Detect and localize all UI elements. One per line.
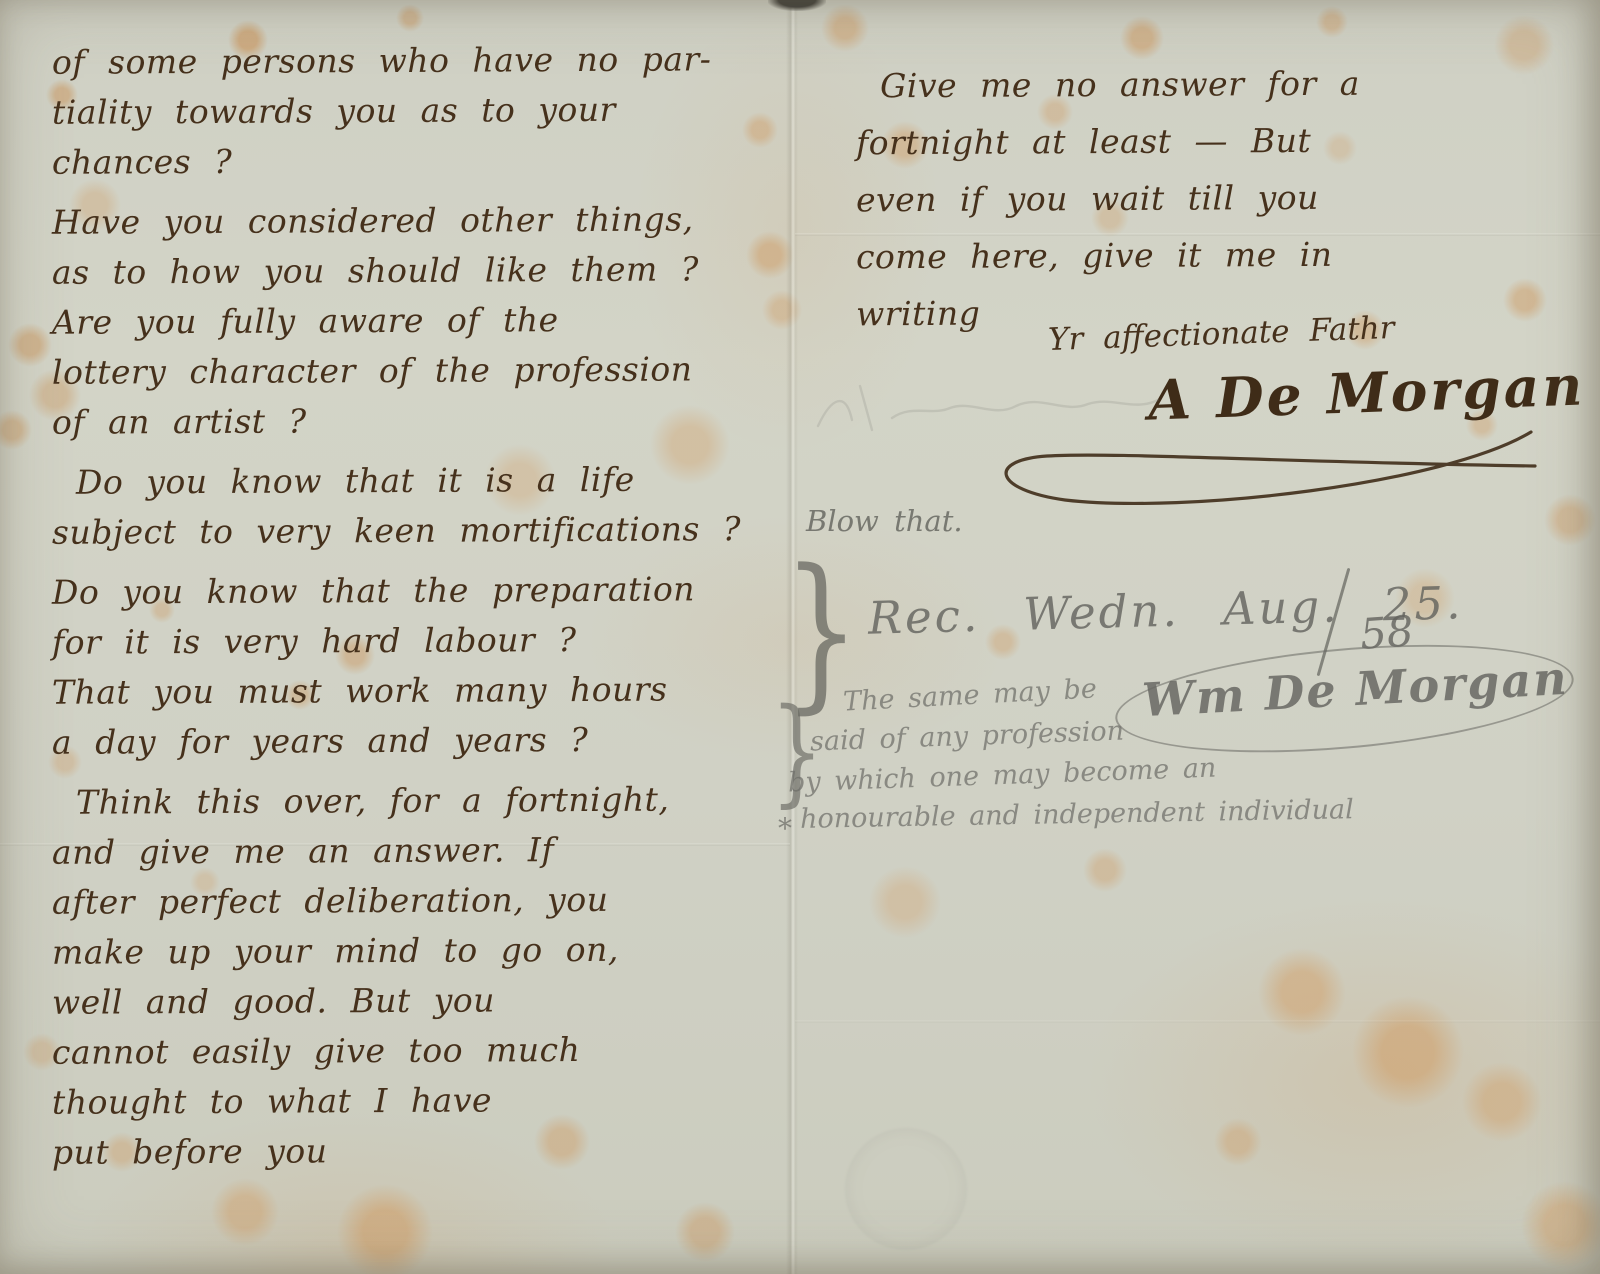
erased-pencil-marks	[812, 356, 1172, 448]
manuscript-line: Think this over, for a fortnight,	[76, 774, 741, 827]
manuscript-line: a day for years and years ?	[52, 714, 741, 768]
manuscript-line: thought to what I have	[52, 1074, 741, 1128]
embossed-stamp	[845, 1128, 967, 1250]
manuscript-line: chances ?	[52, 134, 741, 188]
manuscript-line: of some persons who have no par-	[52, 34, 741, 88]
pencil-note-line: The same may be	[842, 673, 1097, 717]
pencil-note-line: honourable and independent individual	[800, 794, 1354, 835]
manuscript-line: fortnight at least — But	[856, 112, 1360, 172]
manuscript-line: as to how you should like them ?	[52, 244, 741, 298]
manuscript-line: and give me an answer. If	[52, 824, 741, 878]
binding-edge-mark	[768, 0, 826, 11]
pencil-signature-group: Wm De Morgan	[1141, 651, 1570, 727]
pencil-signature-oval	[1111, 629, 1578, 769]
manuscript-line: well and good. But you	[52, 974, 741, 1028]
pencil-note-line: by which one may become an	[788, 753, 1217, 799]
manuscript-line: lottery character of the profession	[52, 344, 741, 398]
manuscript-line: after perfect deliberation, you	[52, 874, 741, 928]
left-page: of some persons who have no par- tiality…	[52, 36, 741, 1176]
manuscript-line: Do you know that it is a life	[76, 454, 741, 507]
manuscript-line: subject to very keen mortifications ?	[52, 504, 741, 558]
manuscript-line: Give me no answer for a	[880, 55, 1360, 115]
manuscript-line: Do you know that the preparation	[52, 564, 741, 618]
manuscript-line: even if you wait till you	[856, 169, 1360, 229]
manuscript-line: of an artist ?	[52, 394, 741, 448]
manuscript-line: tiality towards you as to your	[52, 84, 741, 138]
letter-scan: of some persons who have no par- tiality…	[0, 0, 1600, 1274]
manuscript-line: come here, give it me in	[856, 226, 1360, 286]
manuscript-line: Are you fully aware of the	[52, 294, 741, 348]
manuscript-line: make up your mind to go on,	[52, 924, 741, 978]
manuscript-line: for it is very hard labour ?	[52, 614, 741, 668]
manuscript-line: put before you	[52, 1124, 741, 1178]
horizontal-crease-right-lower	[795, 1020, 1600, 1023]
manuscript-line: That you must work many hours	[52, 664, 741, 718]
pencil-asterisk: *	[778, 812, 792, 845]
manuscript-line: Have you considered other things,	[52, 194, 741, 248]
right-page: Give me no answer for a fortnight at lea…	[856, 56, 1360, 341]
manuscript-line: cannot easily give too much	[52, 1024, 741, 1078]
